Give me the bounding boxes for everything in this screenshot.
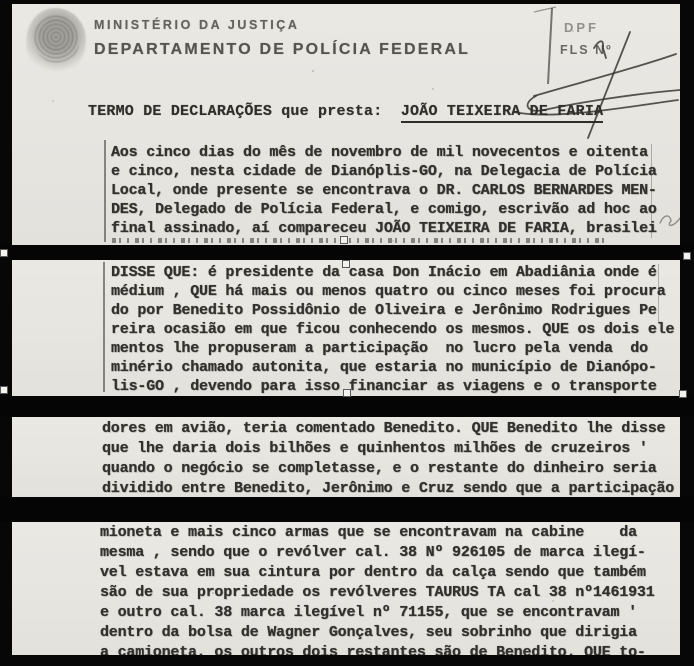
section-disse-que: DISSE QUE: é presidente da casa Don Inác… <box>12 260 680 396</box>
margin-line-left <box>104 140 106 242</box>
typewriter-line: Aos cinco dias do mês de novembro de mil… <box>111 143 657 162</box>
selection-handle[interactable] <box>340 236 348 244</box>
selection-handle[interactable] <box>0 249 8 257</box>
selection-handle[interactable] <box>342 260 350 268</box>
paragraph-armas: mioneta e mais cinco armas que se encont… <box>100 523 655 655</box>
typewriter-line: mentos lhe propuseram a participação no … <box>111 339 674 358</box>
redaction-bar <box>0 396 694 417</box>
ministry-title: MINISTÉRIO DA JUSTIÇA <box>94 18 300 32</box>
redaction-bar <box>0 245 694 260</box>
paragraph-benedito: dores em avião, teria comentado Benedito… <box>102 419 674 497</box>
section-opening: MINISTÉRIO DA JUSTIÇA DEPARTAMENTO DE PO… <box>12 4 680 245</box>
typewriter-line: minério chamado autonita, que estaria no… <box>111 358 674 377</box>
typewriter-line: dentro da bolsa de Wagner Gonçalves, seu… <box>100 623 655 643</box>
paper-noise <box>212 290 214 292</box>
typewriter-line: dividido entre Benedito, Jerônimo e Cruz… <box>102 479 674 497</box>
cut-text-remnant <box>112 238 604 243</box>
typewriter-line: DES, Delegado de Polícia Federal, e comi… <box>111 200 657 219</box>
document-title: TERMO DE DECLARAÇÕES que presta: JOÃO TE… <box>88 103 603 120</box>
typewriter-line: vel estava em sua cintura por dentro da … <box>100 563 655 583</box>
typewriter-line: e outro cal. 38 marca ilegível nº 71155,… <box>100 603 655 623</box>
coat-of-arms-icon <box>26 8 86 76</box>
typewriter-line: que lhe daria dois bilhões e quinhentos … <box>102 439 674 459</box>
typewriter-line: quando o negócio se completasse, e o res… <box>102 459 674 479</box>
selection-handle[interactable] <box>343 389 351 397</box>
typewriter-line: Local, onde presente se encontrava o DR.… <box>111 181 657 200</box>
paragraph-opening: Aos cinco dias do mês de novembro de mil… <box>111 143 657 238</box>
folio-stamp: DPF FLS Nº <box>470 4 680 146</box>
typewriter-line: a camioneta, os outros dois restantes sã… <box>100 643 655 655</box>
section-continuation-armas: mioneta e mais cinco armas que se encont… <box>12 522 680 655</box>
typewriter-line: reira ocasião em que ficou conhecendo os… <box>111 320 674 339</box>
typewriter-line: lis-GO , devendo para isso financiar as … <box>111 377 674 396</box>
typewriter-line: DISSE QUE: é presidente da casa Don Inác… <box>111 263 674 282</box>
selection-handle[interactable] <box>683 252 691 260</box>
stamp-dpf-label: DPF <box>564 20 599 35</box>
redaction-bar <box>0 497 694 522</box>
title-prefix: TERMO DE DECLARAÇÕES que presta: <box>88 103 401 120</box>
typewriter-line: mesma , sendo que o revólver cal. 38 Nº … <box>100 543 655 563</box>
margin-line-left <box>103 262 105 392</box>
selection-handle[interactable] <box>0 386 8 394</box>
handwritten-mark <box>657 210 680 230</box>
section-continuation-benedito: dores em avião, teria comentado Benedito… <box>12 417 680 497</box>
paper-noise <box>312 70 314 72</box>
selection-handle[interactable] <box>679 390 687 398</box>
typewriter-line: final assinado, aí compareceu JOÃO TEIXE… <box>111 219 657 238</box>
typewriter-line: dores em avião, teria comentado Benedito… <box>102 419 674 439</box>
paragraph-disse-que: DISSE QUE: é presidente da casa Don Inác… <box>111 263 674 396</box>
scanned-document-page: MINISTÉRIO DA JUSTIÇA DEPARTAMENTO DE PO… <box>0 0 694 666</box>
typewriter-line: do por Benedito Possidônio de Oliveira e… <box>111 301 674 320</box>
typewriter-line: e cinco, nesta cidade de Dianóplis-GO, n… <box>111 162 657 181</box>
department-title: DEPARTAMENTO DE POLÍCIA FEDERAL <box>94 41 470 59</box>
declarant-name: JOÃO TEIXEIRA DE FARIA <box>401 103 603 123</box>
typewriter-line: mioneta e mais cinco armas que se encont… <box>100 523 655 543</box>
typewriter-line: são de sua propriedade os revólveres TAU… <box>100 583 655 603</box>
paper-noise <box>212 592 214 594</box>
typewriter-line: médium , QUE há mais ou menos quatro ou … <box>111 282 674 301</box>
